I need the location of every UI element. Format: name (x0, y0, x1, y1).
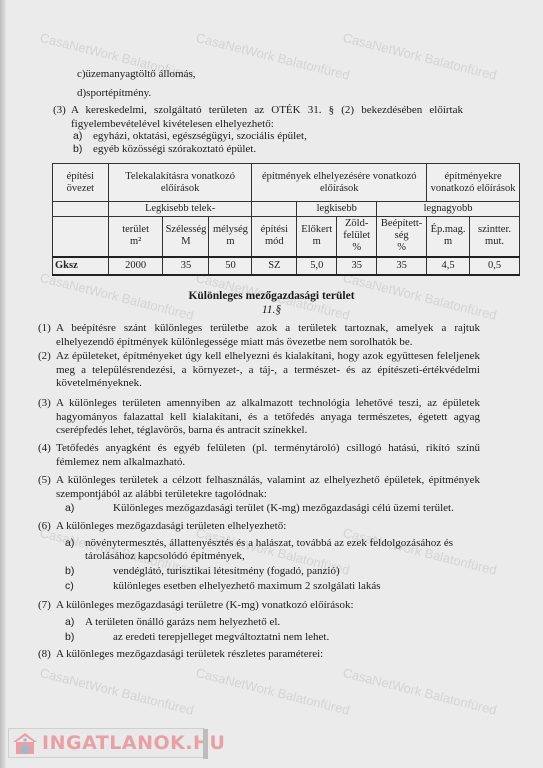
ingatlanok-logo[interactable]: INGATLANOK.HU (8, 728, 205, 758)
table-subheader-row: Legkisebb telek- legkisebb legnagyobb (53, 202, 520, 217)
header-placement-rules: építmények elhelyezésére vonatkozó előír… (252, 164, 427, 202)
watermark: CasaNetWork Balatonfüred (38, 665, 195, 718)
paragraph-text: A különleges területen amennyiben az alk… (56, 397, 480, 438)
paragraph-number: (3) (38, 397, 51, 411)
logo-text: INGATLANOK.HU (42, 732, 225, 754)
paragraph-6: (6) A különleges mezőgazdasági területen… (38, 520, 480, 534)
paragraph-number: (3) (53, 104, 66, 118)
section-number: 11.§ (0, 304, 543, 316)
section-heading: Különleges mezőgazdasági terület (0, 290, 543, 302)
item-label: a) (65, 502, 113, 515)
paragraph-text: A különleges mezőgazdasági területek rés… (56, 648, 480, 662)
table-cell: SZ (252, 257, 297, 275)
paragraph-text: Tetőfedés anyagként és egyéb felületen (… (56, 442, 480, 469)
column-header: Ép.mag.m (427, 217, 470, 257)
paragraph-text: A különleges mezőgazdasági területen elh… (56, 520, 480, 534)
header-building-rules: építményekre vonatkozó előírások (427, 164, 520, 202)
zone-code: Gksz (53, 257, 109, 275)
paragraph-commercial-3: (3) A kereskedelmi, szolgáltató területe… (53, 104, 463, 131)
item-text: A területen önálló garázs nem helyezhető… (85, 616, 280, 628)
paragraph-number: (1) (38, 322, 51, 336)
column-header: mélységm (209, 217, 252, 257)
column-header: építésimód (252, 217, 297, 257)
item-label: a) (73, 130, 93, 143)
item-label: c) (77, 68, 86, 80)
subheader-smallest-plot: Legkisebb telek- (108, 202, 252, 217)
empty-cell (252, 202, 297, 217)
item-label: a) (65, 537, 85, 550)
column-header: Előkertm (297, 217, 337, 257)
item-text: az eredeti terepjelleget megváltoztatni … (113, 631, 329, 643)
empty-cell (53, 217, 109, 257)
list-item: b)az eredeti terepjelleget megváltoztatn… (65, 631, 329, 644)
paragraph-5: (5) A különleges területek a célzott fel… (38, 474, 480, 501)
list-item: c)üzemanyagtöltő állomás, (77, 68, 196, 81)
table-cell: 50 (209, 257, 252, 275)
table-cell: 0,5 (470, 257, 520, 275)
table-cell: 35 (337, 257, 377, 275)
list-item: a)Különleges mezőgazdasági terület (K-mg… (65, 502, 454, 515)
item-text: vendéglátó, turisztikai létesítmény (fog… (113, 565, 340, 577)
header-zone: építési övezet (53, 164, 109, 202)
table-cell: 35 (377, 257, 427, 275)
item-text: egyéb közösségi szórakoztató épület. (93, 143, 256, 155)
item-label: d) (77, 87, 86, 99)
item-text: üzemanyagtöltő állomás, (86, 68, 196, 80)
item-label: a) (65, 616, 85, 629)
item-text: egyházi, oktatási, egészségügyi, szociál… (93, 130, 307, 142)
item-text: sportépítmény. (86, 87, 151, 99)
paragraph-3: (3) A különleges területen amennyiben az… (38, 397, 480, 438)
table-header-row: építési övezet Telekalakításra vonatkozó… (53, 164, 520, 202)
subheader-largest: legnagyobb (377, 202, 520, 217)
item-label: b) (65, 565, 113, 578)
item-text: növénytermesztés, állattenyésztés és a h… (85, 537, 453, 549)
column-header: SzélességM (163, 217, 209, 257)
table-cell: 5,0 (297, 257, 337, 275)
list-item: a)növénytermesztés, állattenyésztés és a… (65, 537, 453, 550)
paragraph-text: A különleges területek a célzott felhasz… (56, 474, 480, 501)
paragraph-1: (1) A beépítésre szánt különleges terüle… (38, 322, 480, 349)
column-header: Beépített-ség% (377, 217, 427, 257)
paragraph-4: (4) Tetőfedés anyagként és egyéb felület… (38, 442, 480, 469)
table-cell: 2000 (108, 257, 163, 275)
house-icon (12, 731, 38, 755)
list-item-continuation: tárolásához kapcsolódó építmények, (85, 550, 245, 563)
list-item: a)A területen önálló garázs nem helyezhe… (65, 616, 280, 629)
watermark: CasaNetWork Balatonfüred (341, 665, 498, 718)
column-header: Zöld-felület% (337, 217, 377, 257)
paragraph-text: Az épületeket, építményeket úgy kell elh… (56, 350, 480, 391)
list-item: c)különleges esetben elhelyezhető maximu… (65, 580, 381, 593)
header-plot-rules: Telekalakításra vonatkozó előírások (108, 164, 252, 202)
paragraph-7: (7) A különleges mezőgazdasági területre… (38, 599, 480, 613)
empty-cell (53, 202, 109, 217)
paragraph-text: A beépítésre szánt különleges területbe … (56, 322, 480, 349)
table-row: Gksz 2000 35 50 SZ 5,0 35 35 4,5 0,5 (53, 257, 520, 275)
table-column-header-row: területm² SzélességM mélységm építésimód… (53, 217, 520, 257)
table-cell: 4,5 (427, 257, 470, 275)
paragraph-8: (8) A különleges mezőgazdasági területek… (38, 648, 480, 662)
watermark: CasaNetWork Balatonfüred (194, 30, 351, 83)
item-label: b) (73, 143, 93, 156)
item-label: b) (65, 631, 113, 644)
item-text: Különleges mezőgazdasági terület (K-mg) … (113, 502, 454, 514)
zoning-parameters-table: építési övezet Telekalakításra vonatkozó… (52, 163, 520, 276)
paragraph-number: (2) (38, 350, 51, 364)
watermark: CasaNetWork Balatonfüred (194, 665, 351, 718)
watermark: CasaNetWork Balatonfüred (341, 30, 498, 83)
list-item: d)sportépítmény. (77, 87, 151, 100)
paragraph-2: (2) Az épületeket, építményeket úgy kell… (38, 350, 480, 391)
paragraph-number: (4) (38, 442, 51, 456)
column-header: szintter.mut. (470, 217, 520, 257)
subheader-smallest: legkisebb (297, 202, 377, 217)
table-cell: 35 (163, 257, 209, 275)
item-label: c) (65, 580, 113, 593)
paragraph-number: (6) (38, 520, 51, 534)
paragraph-text: A kereskedelmi, szolgáltató területen az… (71, 104, 463, 131)
item-text: különleges esetben elhelyezhető maximum … (113, 580, 381, 592)
column-header: területm² (108, 217, 163, 257)
list-item: b)egyéb közösségi szórakoztató épület. (73, 143, 256, 156)
paragraph-number: (8) (38, 648, 51, 662)
paragraph-text: A különleges mezőgazdasági területre (K-… (56, 599, 480, 613)
list-item: a)egyházi, oktatási, egészségügyi, szoci… (73, 130, 307, 143)
list-item: b)vendéglátó, turisztikai létesítmény (f… (65, 565, 340, 578)
logo-bar (203, 729, 208, 759)
document-page: CasaNetWork Balatonfüred CasaNetWork Bal… (0, 0, 543, 768)
paragraph-number: (7) (38, 599, 51, 613)
paragraph-number: (5) (38, 474, 51, 488)
